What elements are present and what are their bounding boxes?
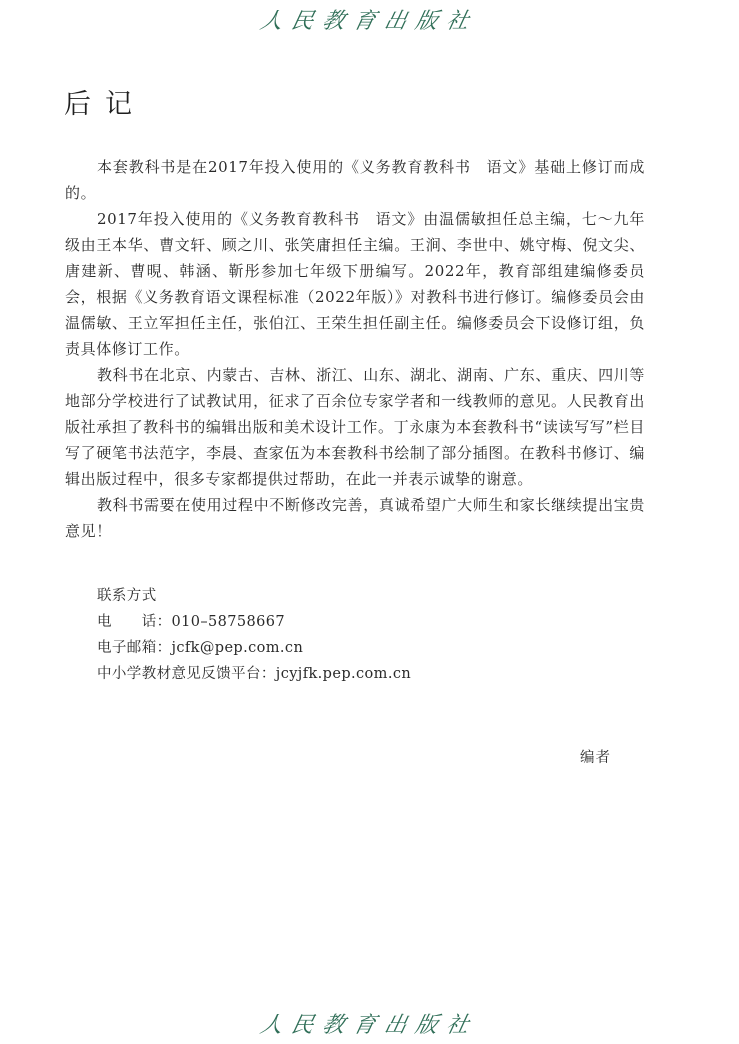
paragraph-revision-basis: 本套教科书是在2017年投入使用的《义务教育教科书 语文》基础上修订而成的。 xyxy=(65,154,645,206)
contact-heading: 联系方式 xyxy=(97,583,411,609)
publisher-logo-footer: 人民教育出版社 xyxy=(0,1008,739,1039)
publisher-logo-header: 人民教育出版社 xyxy=(0,4,739,35)
contact-phone: 电 话：010–58758667 xyxy=(97,609,411,635)
page-title: 后记 xyxy=(64,82,146,121)
contact-email: 电子邮箱：jcfk@pep.com.cn xyxy=(97,635,411,661)
signature: 编者 xyxy=(580,746,611,767)
paragraph-editors: 2017年投入使用的《义务教育教科书 语文》由温儒敏担任总主编，七～九年级由王本… xyxy=(65,206,645,362)
paragraph-trial-and-thanks: 教科书在北京、内蒙古、吉林、浙江、山东、湖北、湖南、广东、重庆、四川等地部分学校… xyxy=(65,362,645,492)
paragraph-feedback-request: 教科书需要在使用过程中不断修改完善，真诚希望广大师生和家长继续提出宝贵意见！ xyxy=(65,492,645,544)
afterword-body: 本套教科书是在2017年投入使用的《义务教育教科书 语文》基础上修订而成的。 2… xyxy=(65,154,645,544)
contact-feedback-platform: 中小学教材意见反馈平台：jcyjfk.pep.com.cn xyxy=(97,661,411,687)
contact-info: 联系方式 电 话：010–58758667 电子邮箱：jcfk@pep.com.… xyxy=(97,583,411,687)
